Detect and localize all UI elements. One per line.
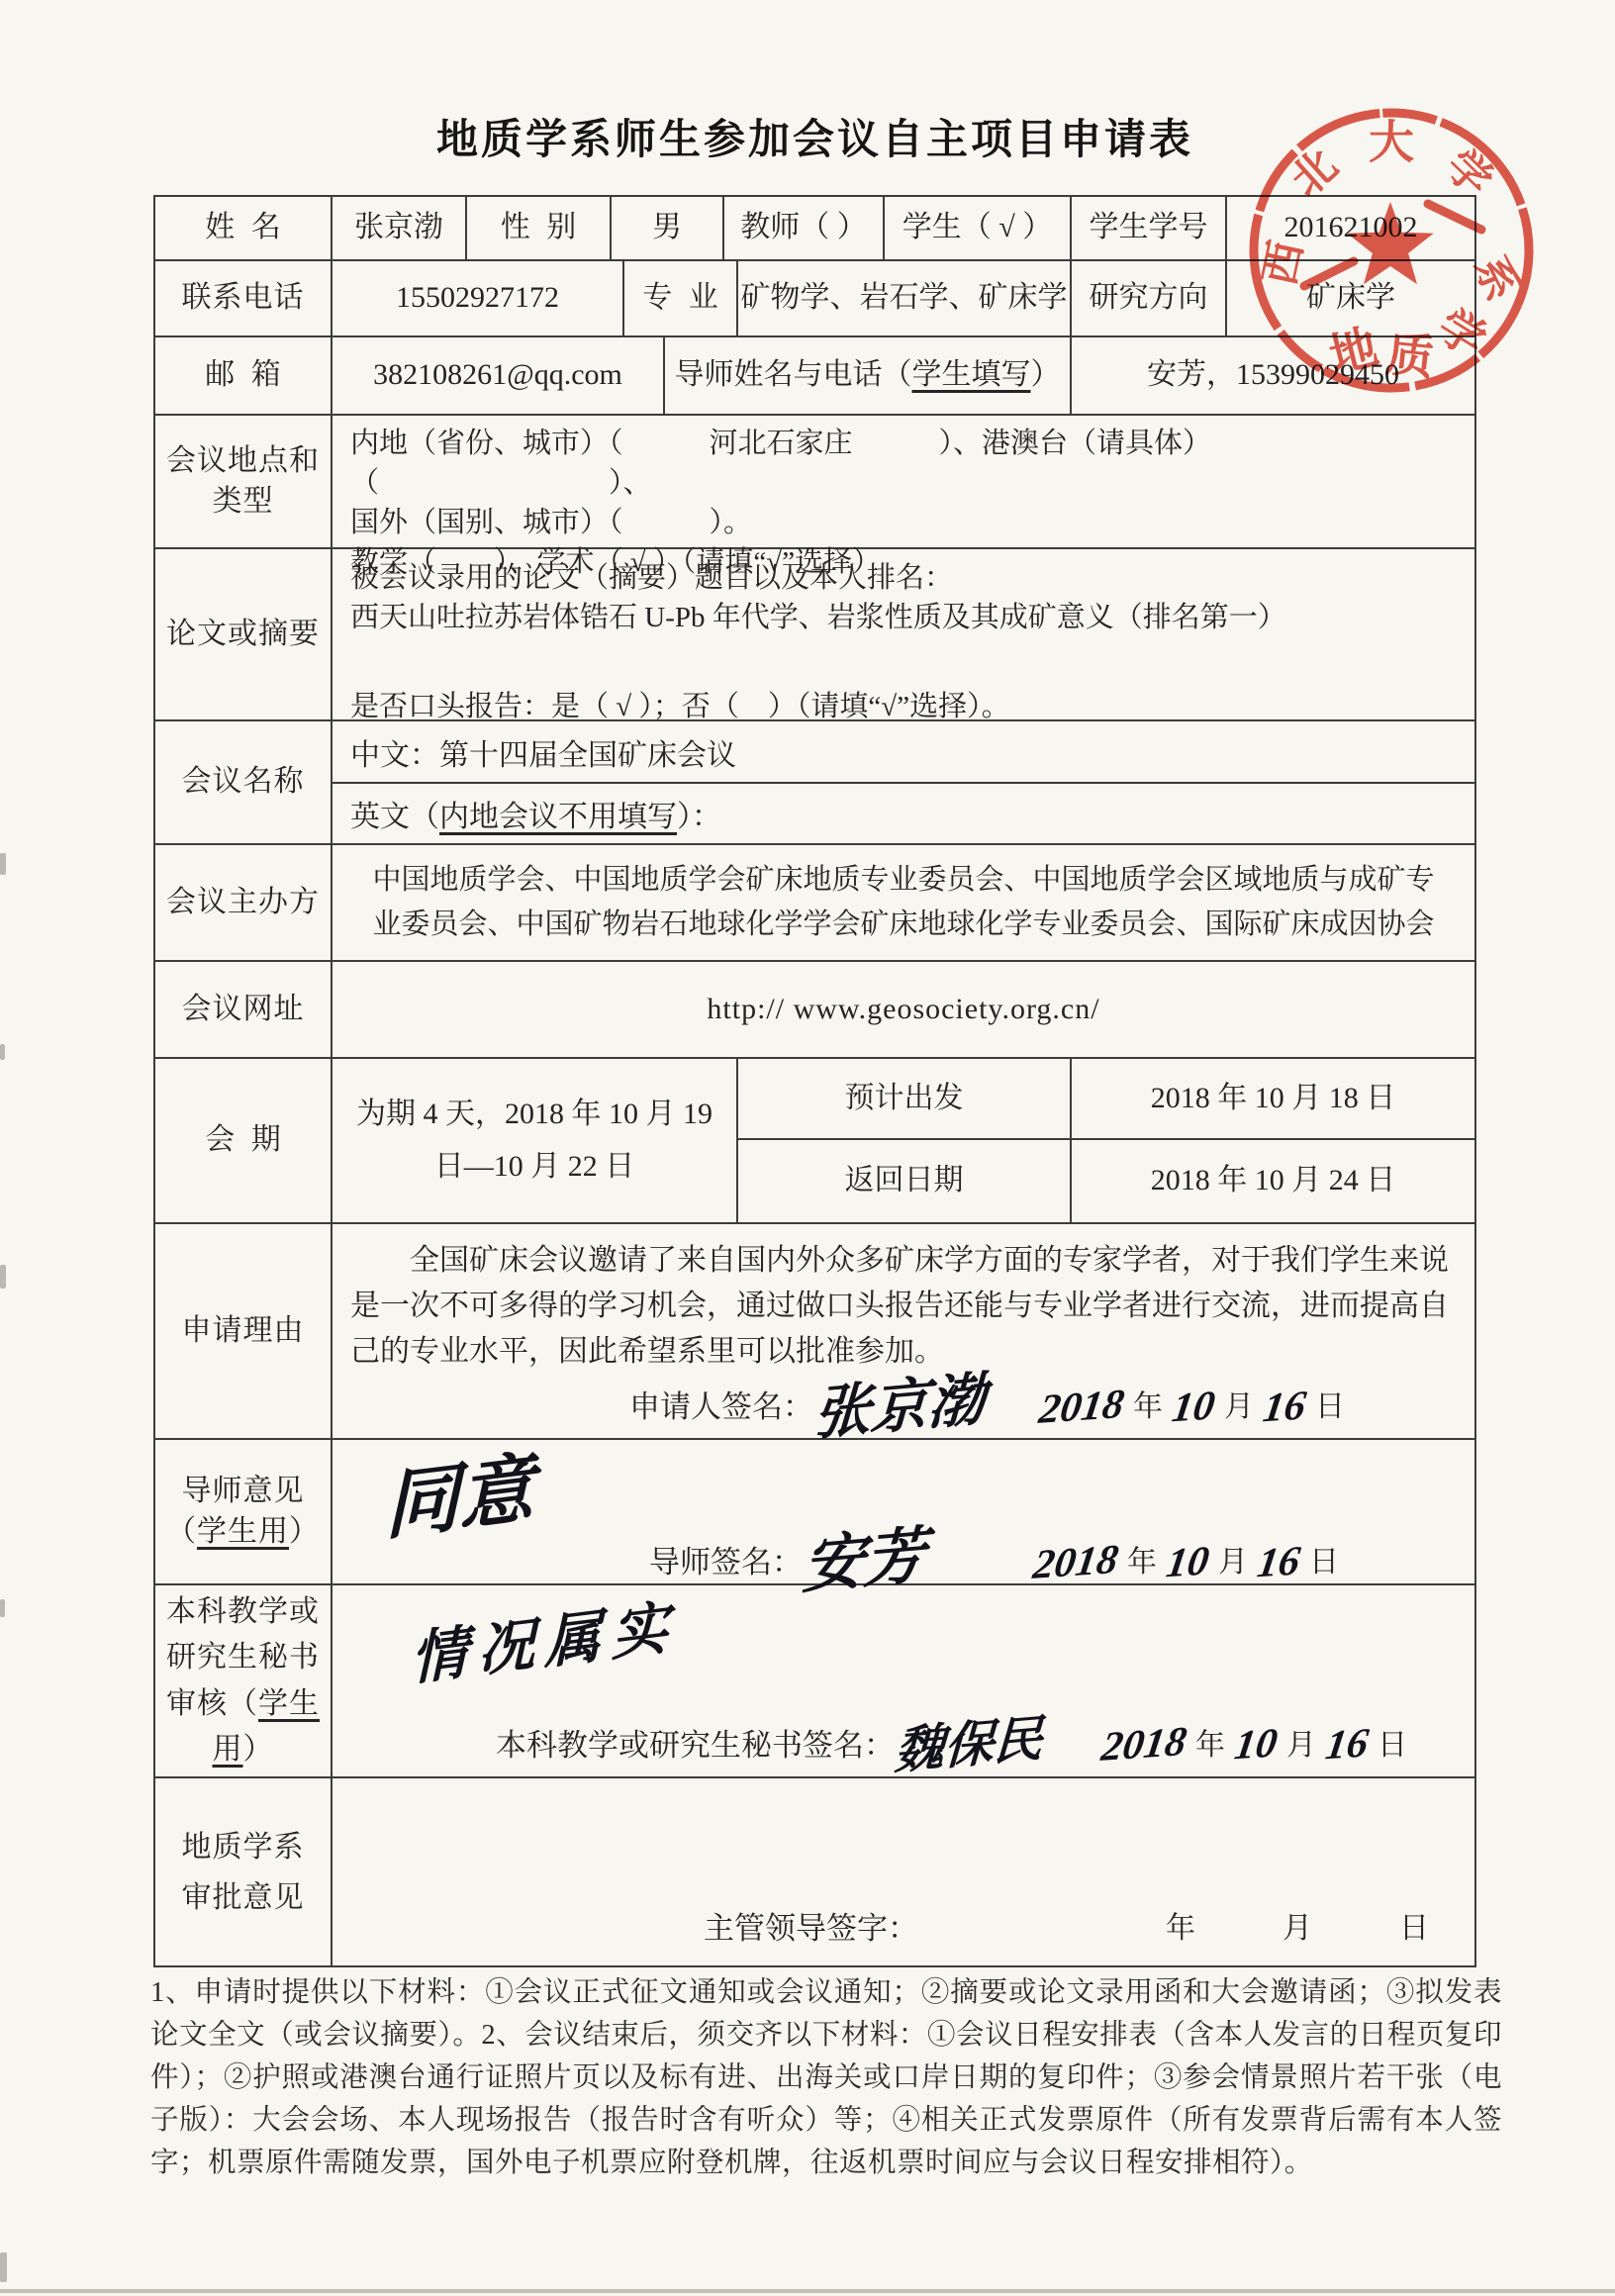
return-date: 2018 年 10 月 24 日 [1072,1140,1474,1222]
mentor-value: 安芳，15399029450 [1072,337,1474,414]
duration-line1: 为期 4 天，2018 年 10 月 19 [356,1089,712,1141]
row-advisor-opinion: 导师意见 （学生用） 同意 导师签名： 安芳 2018年 10月 16日 [155,1440,1474,1585]
location-type-content: 内地（省份、城市）（ 河北石家庄 ）、港澳台（请具体）（ ）、 国外（国别、城市… [332,416,1474,547]
row-conference-name: 会议名称 中文：第十四届全国矿床会议 英文（内地会议不用填写）： [155,721,1474,845]
student-id-label: 学生学号 [1072,197,1227,259]
scanned-form-page: 地质学系师生参加会议自主项目申请表 姓名 张京渤 性别 男 教师（ ） 学生（ … [0,0,1615,2296]
secretary-label-line1: 本科教学或 [166,1589,320,1636]
applicant-signature-handwriting: 张京渤 [812,1377,987,1438]
email-label-cell: 邮箱 [155,337,332,414]
row-department-approval: 地质学系 审批意见 主管领导签字： 年 月 日 [155,1778,1474,1965]
advisor-label-line1: 导师意见 [182,1472,305,1512]
paper-label: 论文或摘要 [155,549,332,719]
secretary-date-day: 16 [1322,1716,1373,1774]
day-unit: 日 [1309,1543,1339,1583]
secretary-label-line2: 研究生秘书 [166,1635,320,1681]
name-label-cell: 姓名 [155,197,332,259]
gender-label: 性别 [501,208,593,248]
secretary-sign-line: 本科教学或研究生秘书签名： 魏保民 2018年 10月 16日 [496,1712,1417,1779]
scan-smudge [0,1265,6,1289]
secretary-label-line3-underlined: 学生 [258,1687,320,1720]
secretary-label-line4-post: ） [243,1733,274,1766]
department-approval-content: 主管领导签字： 年 月 日 [332,1778,1474,1965]
leader-sign-label: 主管领导签字： [704,1908,918,1950]
row-secretary-review: 本科教学或 研究生秘书 审核（学生 用） 情况属实 本科教学或研究生秘书签名： … [155,1585,1474,1778]
month-unit: 月 [1224,1385,1254,1430]
leader-sign-line: 主管领导签字： 年 月 日 [704,1908,1439,1950]
applicant-sign-line: 申请人签名： 张京渤 2018年 10月 16日 [629,1385,1355,1430]
secretary-label-line3: 审核（学生 [166,1681,320,1728]
website-value: http:// www.geosociety.org.cn/ [332,962,1474,1057]
secretary-opinion-handwriting: 情况属实 [410,1588,678,1699]
conference-name-label: 会议名称 [155,721,332,843]
email-value: 382108261@qq.com [332,337,665,414]
advisor-opinion-handwriting: 同意 [384,1438,535,1559]
applicant-date-day: 16 [1260,1384,1308,1432]
year-unit: 年 [1133,1385,1163,1430]
name-value: 张京渤 [332,197,467,259]
advisor-opinion-content: 同意 导师签名： 安芳 2018年 10月 16日 [332,1440,1474,1583]
department-label-line1: 地质学系 [182,1822,305,1872]
en-label-underlined: 内地会议不用填写 [439,801,677,833]
email-label: 邮箱 [205,355,297,396]
scan-smudge [0,2252,7,2282]
gender-label-cell: 性别 [467,197,612,259]
scanner-edge-line [0,2289,1615,2293]
secretary-sign-label: 本科教学或研究生秘书签名： [496,1725,895,1767]
gender-value: 男 [612,197,724,259]
row-phone-major: 联系电话 15502927172 专业 矿物学、岩石学、矿床学 研究方向 矿床学 [155,261,1474,337]
advisor-date-year: 2018 [1029,1532,1121,1593]
day-unit: 日 [1377,1726,1407,1767]
dates-label: 会期 [205,1120,297,1161]
teacher-option: 教师（ ） [724,197,885,259]
return-label: 返回日期 [738,1140,1072,1222]
scan-smudge [0,1599,5,1617]
organizer-value: 中国地质学会、中国地质学会矿床地质专业委员会、中国地质学会区域地质与成矿专业委员… [332,845,1474,960]
location-mainland-line: 内地（省份、城市）（ 河北石家庄 ）、港澳台（请具体）（ ）、 [350,424,1457,503]
department-approval-label: 地质学系 审批意见 [155,1778,332,1965]
year-unit: 年 [1127,1543,1157,1583]
oral-report-line: 是否口头报告：是（ √ ）；否（ ）（请填“√”选择）。 [350,687,1457,726]
conference-name-content: 中文：第十四届全国矿床会议 英文（内地会议不用填写）： [332,721,1474,843]
advisor-label-post: ） [289,1515,320,1548]
row-paper: 论文或摘要 被会议录用的论文（摘要）题目以及本人排名： 西天山吐拉苏岩体锆石 U… [155,549,1474,721]
return-row: 返回日期 2018 年 10 月 24 日 [738,1140,1474,1222]
row-reason: 申请理由 全国矿床会议邀请了来自国内外众多矿床学方面的专家学者，对于我们学生来说… [155,1224,1474,1440]
depart-label: 预计出发 [738,1059,1072,1138]
reason-content: 全国矿床会议邀请了来自国内外众多矿床学方面的专家学者，对于我们学生来说是一次不可… [332,1224,1474,1438]
phone-value: 15502927172 [332,261,624,335]
mentor-label-underlined: 学生填写 [912,355,1031,396]
day-unit: 日 [1315,1385,1345,1430]
applicant-date-year: 2018 [1036,1382,1127,1433]
en-label-post: ）： [677,801,721,833]
secretary-label-line4: 用） [213,1727,274,1773]
major-label: 专业 [642,278,734,319]
reason-paragraph: 全国矿床会议邀请了来自国内外众多矿床学方面的专家学者，对于我们学生来说是一次不可… [350,1238,1453,1375]
advisor-date-day: 16 [1254,1533,1304,1591]
depart-date: 2018 年 10 月 18 日 [1072,1059,1474,1138]
year-unit: 年 [1166,1909,1195,1950]
location-abroad-line: 国外（国别、城市）（ ）。 [350,503,1457,542]
advisor-label-pre: （ [166,1515,197,1548]
year-unit: 年 [1195,1726,1225,1767]
scan-smudge [0,1044,5,1060]
conference-name-en-text: 英文（内地会议不用填写）： [350,792,721,835]
name-label: 姓名 [205,208,297,248]
advisor-date-month: 10 [1163,1533,1213,1591]
mentor-label-post: ） [1031,355,1061,396]
applicant-date-month: 10 [1169,1384,1217,1432]
secretary-label-line4-underlined: 用 [213,1733,243,1766]
form-title: 地质学系师生参加会议自主项目申请表 [153,107,1476,166]
secretary-signature-handwriting: 魏保民 [894,1705,1045,1785]
row-name: 姓名 张京渤 性别 男 教师（ ） 学生（ √ ） 学生学号 201621002 [155,197,1474,261]
secretary-label: 本科教学或 研究生秘书 审核（学生 用） [155,1585,332,1776]
en-label-pre: 英文（ [350,801,439,833]
secretary-date-month: 10 [1231,1716,1282,1774]
secretary-date-year: 2018 [1097,1715,1189,1776]
mentor-label-pre: 导师姓名与电话（ [675,355,912,396]
advisor-label-underlined: 学生用 [197,1515,289,1548]
day-unit: 日 [1399,1909,1429,1950]
direction-label: 研究方向 [1072,261,1227,335]
paper-content: 被会议录用的论文（摘要）题目以及本人排名： 西天山吐拉苏岩体锆石 U-Pb 年代… [332,549,1474,719]
direction-value: 矿床学 [1227,261,1474,335]
conference-name-en: 英文（内地会议不用填写）： [332,784,1474,843]
location-type-label: 会议地点和 类型 [155,416,332,547]
depart-return-block: 预计出发 2018 年 10 月 18 日 返回日期 2018 年 10 月 2… [738,1059,1474,1222]
phone-label: 联系电话 [155,261,332,335]
website-label: 会议网址 [155,962,332,1057]
advisor-sign-label: 导师签名： [649,1542,803,1583]
duration-line2: 日—10 月 22 日 [434,1141,635,1194]
row-email-mentor: 邮箱 382108261@qq.com 导师姓名与电话（学生填写） 安芳，153… [155,337,1474,416]
row-organizer: 会议主办方 中国地质学会、中国地质学会矿床地质专业委员会、中国地质学会区域地质与… [155,845,1474,962]
row-location-type: 会议地点和 类型 内地（省份、城市）（ 河北石家庄 ）、港澳台（请具体）（ ）、… [155,416,1474,549]
scan-smudge [0,853,6,875]
organizer-label: 会议主办方 [155,845,332,960]
row-website: 会议网址 http:// www.geosociety.org.cn/ [155,962,1474,1059]
location-label-line1: 会议地点和 [166,441,320,482]
secretary-label-line3-pre: 审核（ [166,1687,258,1720]
advisor-opinion-label: 导师意见 （学生用） [155,1440,332,1583]
student-id-value: 201621002 [1227,197,1474,259]
paper-title-value: 西天山吐拉苏岩体锆石 U-Pb 年代学、岩浆性质及其成矿意义（排名第一） [350,598,1457,637]
reason-label: 申请理由 [155,1224,332,1438]
month-unit: 月 [1282,1909,1312,1950]
dates-label-cell: 会期 [155,1059,332,1222]
paper-title-label: 被会议录用的论文（摘要）题目以及本人排名： [350,558,1457,598]
major-value: 矿物学、岩石学、矿床学 [738,261,1072,335]
month-unit: 月 [1218,1543,1248,1583]
duration-value: 为期 4 天，2018 年 10 月 19 日—10 月 22 日 [332,1059,738,1222]
conference-name-cn-text: 中文：第十四届全国矿床会议 [350,730,736,774]
student-option: 学生（ √ ） [885,197,1072,259]
footnotes: 1、申请时提供以下材料：①会议正式征文通知或会议通知；②摘要或论文录用函和大会邀… [150,1971,1502,2184]
major-label-cell: 专业 [624,261,738,335]
advisor-label-line2: （学生用） [166,1512,320,1553]
month-unit: 月 [1286,1726,1316,1767]
depart-row: 预计出发 2018 年 10 月 18 日 [738,1059,1474,1140]
mentor-label: 导师姓名与电话（学生填写） [665,337,1072,414]
applicant-sign-label: 申请人签名： [629,1385,813,1430]
secretary-review-content: 情况属实 本科教学或研究生秘书签名： 魏保民 2018年 10月 16日 [332,1585,1474,1776]
conference-name-cn: 中文：第十四届全国矿床会议 [332,721,1474,784]
application-form-table: 姓名 张京渤 性别 男 教师（ ） 学生（ √ ） 学生学号 201621002… [153,195,1476,1967]
department-label-line2: 审批意见 [182,1872,305,1923]
row-dates: 会期 为期 4 天，2018 年 10 月 19 日—10 月 22 日 预计出… [155,1059,1474,1224]
location-label-line2: 类型 [213,482,274,523]
